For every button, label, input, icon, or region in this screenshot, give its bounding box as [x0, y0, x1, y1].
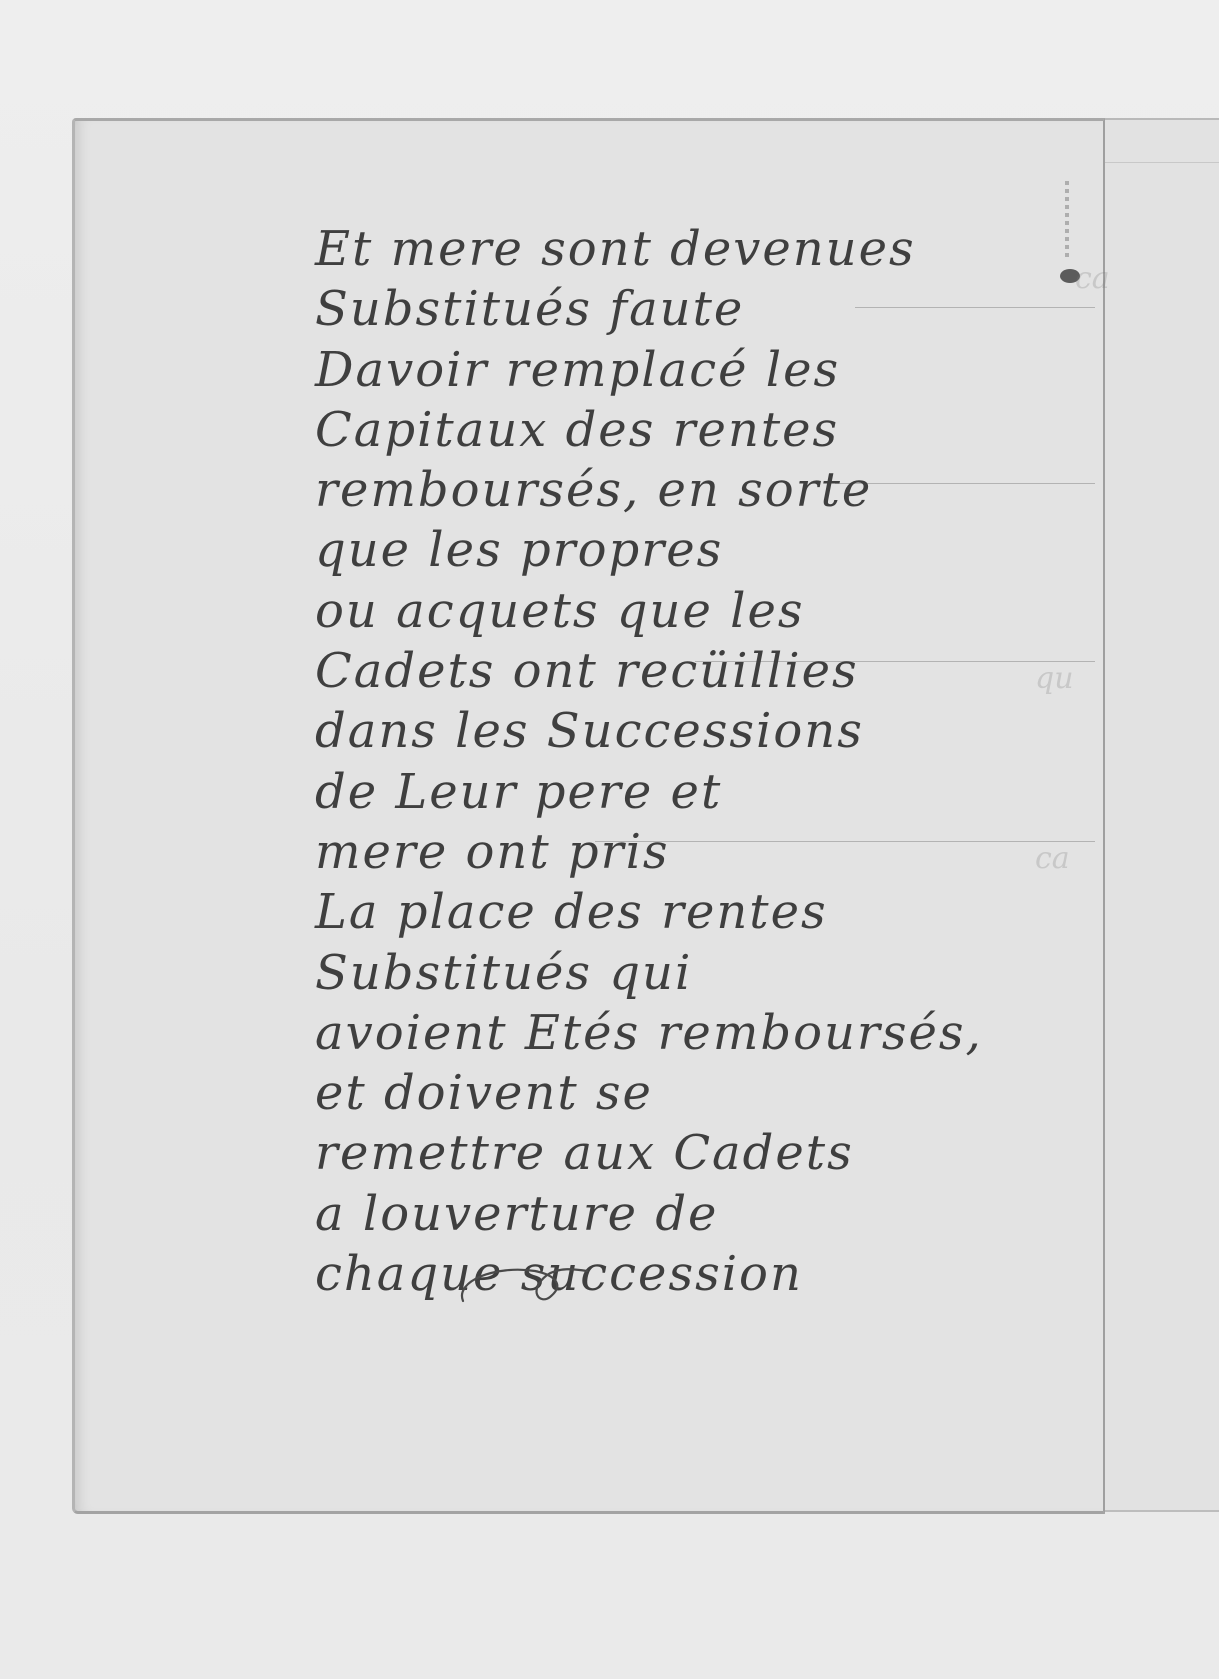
text-line: Davoir remplacé les — [315, 340, 1075, 400]
text-line: que les propres — [315, 520, 1075, 580]
handwritten-text: Et mere sont devenues Substitués faute D… — [315, 219, 1075, 1304]
text-line: Substitués faute — [315, 279, 1075, 339]
text-line: avoient Etés remboursés, — [315, 1003, 1075, 1063]
adjacent-page — [1100, 118, 1219, 1512]
text-line: a louverture de — [315, 1184, 1075, 1244]
text-line: dans les Successions — [315, 701, 1075, 761]
text-line: Et mere sont devenues — [315, 219, 1075, 279]
text-line: et doivent se — [315, 1063, 1075, 1123]
text-line: de Leur pere et — [315, 762, 1075, 822]
ruled-line — [1102, 162, 1219, 163]
manuscript-page: ca qu ca Et mere sont devenues Substitué… — [72, 118, 1105, 1514]
end-flourish-icon — [455, 1261, 595, 1311]
text-line: chaque succession — [315, 1244, 1075, 1304]
text-line: mere ont pris — [315, 822, 1075, 882]
text-line: remettre aux Cadets — [315, 1123, 1075, 1183]
text-line: Substitués qui — [315, 943, 1075, 1003]
text-line: La place des rentes — [315, 882, 1075, 942]
text-line: Cadets ont recüillies — [315, 641, 1075, 701]
bleed-through-text: ca — [1075, 261, 1110, 296]
text-line: Capitaux des rentes — [315, 400, 1075, 460]
text-line: ou acquets que les — [315, 581, 1075, 641]
text-line: remboursés, en sorte — [315, 460, 1075, 520]
